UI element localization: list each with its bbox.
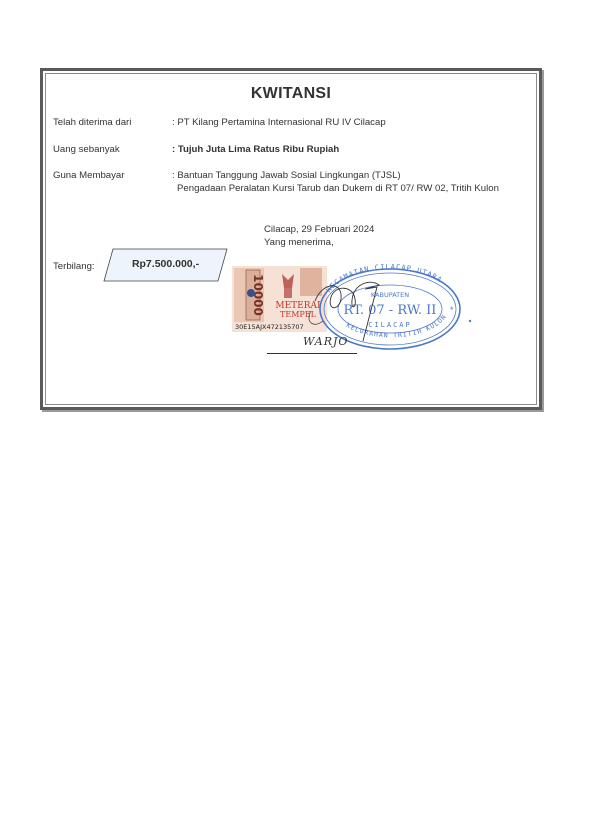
amount-box: Rp7.500.000,- xyxy=(103,248,228,282)
field-label: Guna Membayar xyxy=(53,170,124,181)
field-value: : Tujuh Juta Lima Ratus Ribu Rupiah xyxy=(172,144,339,155)
field-value: : Bantuan Tanggung Jawab Sosial Lingkung… xyxy=(172,170,401,181)
receipt-title: KWITANSI xyxy=(43,85,539,103)
signature-block: Cilacap, 29 Februari 2024 Yang menerima, xyxy=(264,223,374,249)
field-label: Uang sebanyak xyxy=(53,144,120,155)
terbilang-label: Terbilang: xyxy=(53,261,95,272)
place-date: Cilacap, 29 Februari 2024 xyxy=(264,223,374,236)
signer-name: WARJO xyxy=(303,335,348,348)
field-value: : PT Kilang Pertamina Internasional RU I… xyxy=(172,117,386,128)
signature-line xyxy=(267,353,357,354)
stamp-star-icon: * xyxy=(450,305,454,315)
field-label: Telah diterima dari xyxy=(53,117,131,128)
amount-value: Rp7.500.000,- xyxy=(103,258,228,270)
receipt-frame: KWITANSI Telah diterima dari : PT Kilang… xyxy=(40,68,542,410)
field-value-line2: Pengadaan Peralatan Kursi Tarub dan Duke… xyxy=(177,183,499,194)
